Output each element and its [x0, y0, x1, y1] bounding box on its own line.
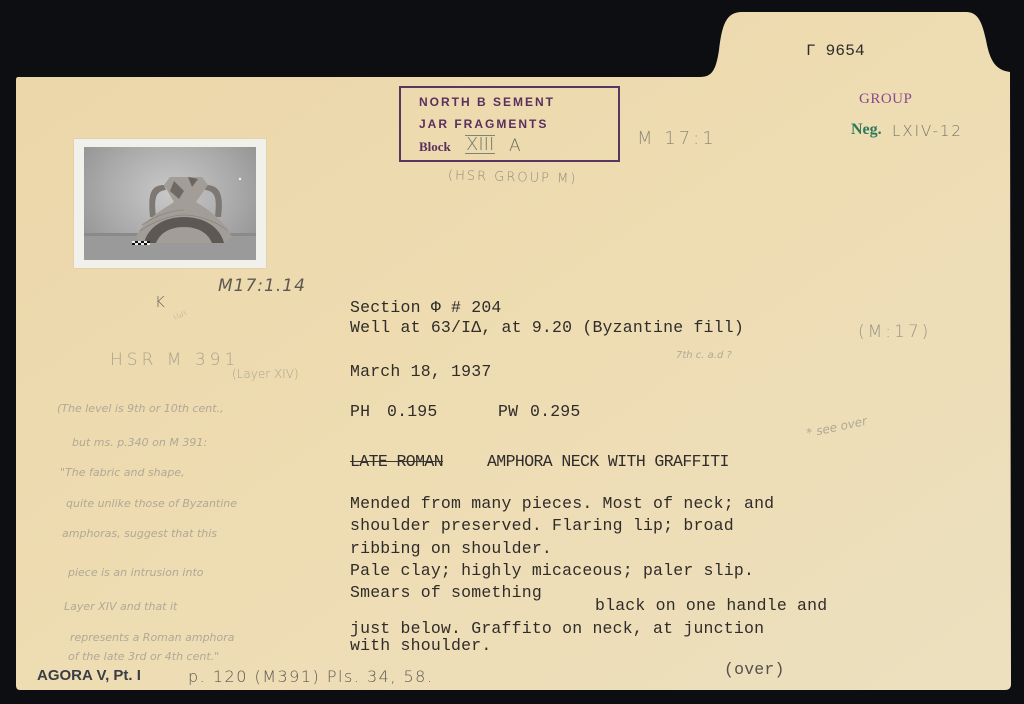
description-line: ribbing on shoulder. [350, 539, 552, 558]
description-line: with shoulder. [350, 636, 491, 655]
publication-stamp: AGORA V, Pt. I [37, 667, 141, 684]
neg-stamp: Neg. [851, 121, 882, 139]
margin-note-line: Layer XIV and that it [64, 600, 177, 613]
description-line: Smears of something [350, 583, 542, 602]
over-note: (over) [724, 660, 785, 679]
artifact-photo [74, 139, 266, 268]
object-title: AMPHORA NECK WITH GRAFFITI [487, 452, 729, 471]
stamp-block-suffix: A [509, 136, 521, 156]
margin-note-line: piece is an intrusion into [68, 566, 204, 579]
margin-note-line: of the late 3rd or 4th cent." [68, 650, 219, 663]
pencil-century-note: 7th c. a.d ? [676, 350, 732, 361]
stamp-block-number: XIII [465, 135, 495, 154]
margin-note-line: represents a Roman amphora [70, 631, 235, 644]
dimension-pw-value: 0.295 [530, 402, 581, 421]
catalog-number: Γ 9654 [806, 42, 865, 60]
description-line: Pale clay; highly micaceous; paler slip. [350, 561, 754, 580]
margin-note-line: "The fabric and shape, [60, 466, 185, 479]
pencil-layer: (Layer XIV) [232, 367, 299, 381]
dimension-pw-label: PW [498, 402, 518, 421]
dimension-ph-value: 0.195 [387, 402, 438, 421]
stamp-line-jar-fragments: JAR FRAGMENTS [419, 117, 548, 131]
amphora-neck-photo-icon [84, 147, 256, 260]
neg-number: LXIV-12 [892, 122, 963, 140]
struck-title: LATE ROMAN [350, 452, 443, 471]
pencil-m17-1: M 17:1 [637, 128, 717, 149]
group-stamp: GROUP [859, 91, 912, 108]
margin-note-line: quite unlike those of Byzantine [66, 497, 237, 510]
margin-note-line: (The level is 9th or 10th cent., [57, 402, 224, 415]
pencil-photo-ref: M17:1.14 [218, 276, 306, 296]
section-line: Section Φ # 204 [350, 298, 502, 317]
stamp-block-label: Block [419, 139, 451, 155]
dimension-ph-label: PH [350, 402, 370, 421]
pencil-m17-right: (M:17) [858, 322, 931, 342]
excavation-date: March 18, 1937 [350, 362, 491, 381]
margin-note-line: but ms. p.340 on M 391: [72, 436, 207, 449]
well-line: Well at 63/IΔ, at 9.20 (Byzantine fill) [350, 318, 744, 337]
pencil-k-mark: K [155, 293, 165, 311]
publication-reference: p. 120 (M391) Pls. 34, 58. [188, 667, 433, 686]
description-line: shoulder preserved. Flaring lip; broad [350, 516, 734, 535]
description-line: black on one handle and [595, 596, 827, 615]
description-line: Mended from many pieces. Most of neck; a… [350, 494, 774, 513]
stamp-line-north-basement: NORTH B SEMENT [419, 95, 555, 109]
pencil-hsr-m391: HSR M 391 [110, 350, 239, 370]
margin-note-line: amphoras, suggest that this [62, 527, 217, 540]
